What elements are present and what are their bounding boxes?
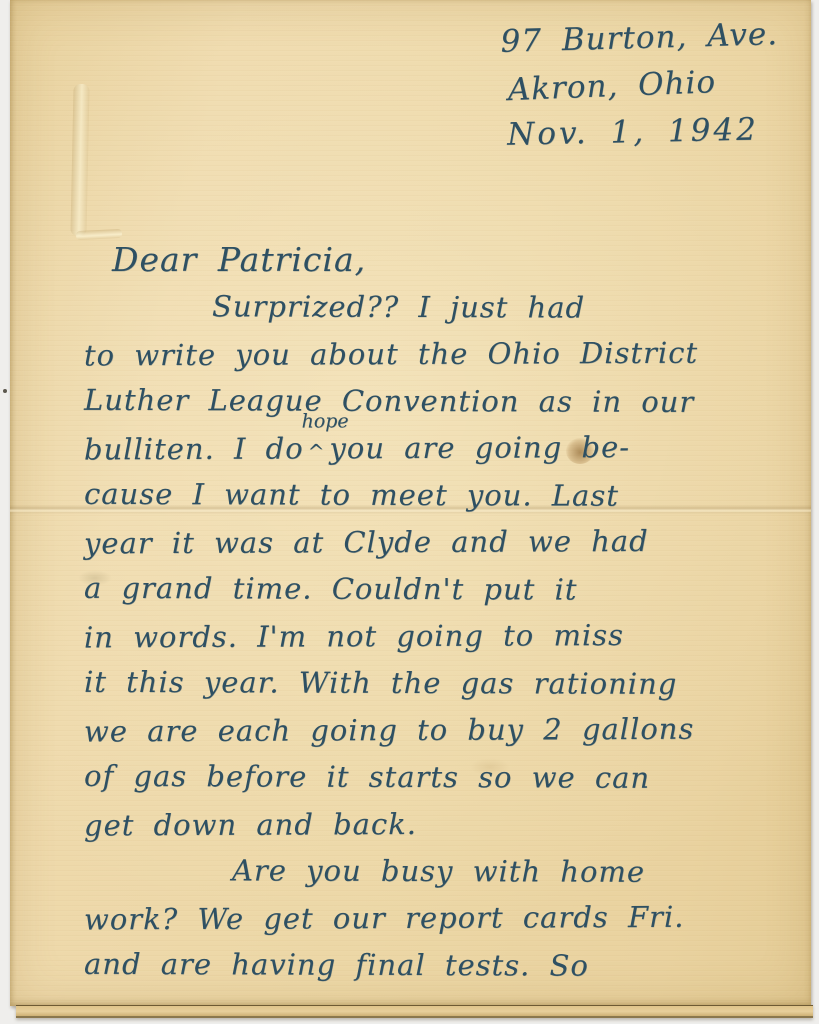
inserted-word: hope (302, 410, 349, 432)
insertion-caret: ^ (308, 439, 326, 463)
body-line-with-insertion: bulliten. I do^hopeyou are going be- (84, 430, 744, 480)
edge-speck (3, 389, 7, 393)
body-line: cause I want to meet you. Last (84, 477, 744, 526)
under-sheet-edge (16, 1005, 813, 1018)
body-line: of gas before it starts so we can (84, 759, 744, 808)
body-line: to write you about the Ohio District (84, 336, 744, 386)
body-line: work? We get our report cards Fri. (84, 900, 744, 950)
letter-header: 97 Burton, Ave. Akron, Ohio Nov. 1, 1942 (500, 16, 781, 165)
body-line: and are having final tests. So (84, 947, 744, 996)
body-line: get down and back. (84, 806, 744, 856)
letter-body: Surprized?? I just had to write you abou… (84, 290, 744, 995)
inserted-word-stack: ^hope (308, 431, 326, 465)
insert-line-after: you are going be- (329, 430, 630, 465)
body-line: in words. I'm not going to miss (84, 618, 744, 668)
body-line: it this year. With the gas rationing (84, 665, 744, 714)
date-line: Nov. 1, 1942 (507, 111, 785, 164)
body-line: a grand time. Couldn't put it (84, 571, 744, 620)
body-line: we are each going to buy 2 gallons (84, 712, 744, 762)
salutation: Dear Patricia, (112, 240, 366, 279)
body-line: Luther League Convention as in our (84, 383, 744, 432)
vertical-crease-mark (70, 84, 89, 236)
address-line-2: Akron, Ohio (507, 62, 786, 120)
insert-line-before: bulliten. I do (84, 431, 304, 466)
body-line: year it was at Clyde and we had (84, 524, 744, 574)
body-line: Are you busy with home (84, 853, 744, 902)
body-line: Surprized?? I just had (84, 289, 744, 338)
